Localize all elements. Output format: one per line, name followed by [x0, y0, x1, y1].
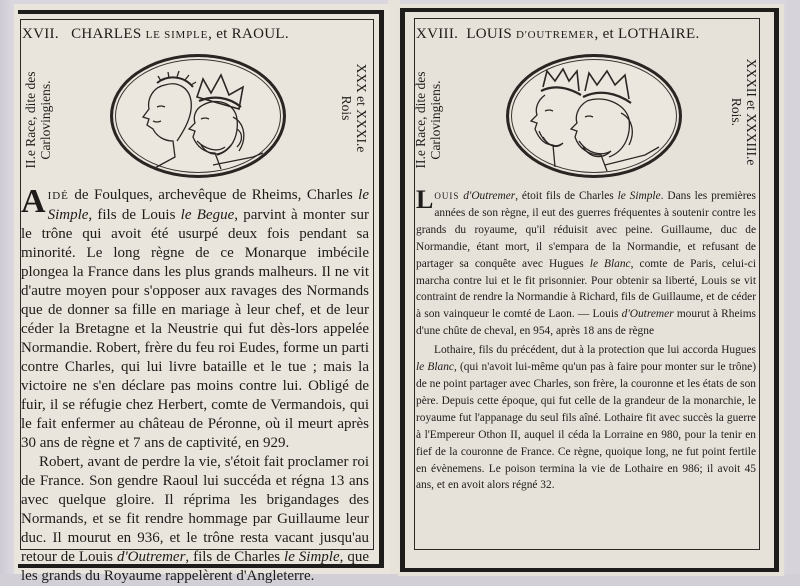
portrait-medallion [110, 54, 286, 178]
side-text-left: II.e Race, dite des Carlovingiens. [413, 55, 445, 185]
backdrop-left [0, 0, 14, 586]
title-rest: , et RAOUL. [208, 26, 289, 42]
paragraph-2: Robert, avant de perdre la vie, s'étoit … [21, 453, 369, 586]
paragraph-1: Louis d'Outremer, étoit fils de Charles … [416, 188, 756, 340]
side-text-left: II.e Race, dite des Carlovingiens. [23, 55, 55, 185]
side-text-right: XXXII et XXXIII.e Rois. [727, 47, 759, 177]
paragraph-2: Lothaire, fils du précédent, dut à la pr… [416, 342, 756, 494]
engraved-portraits-icon [113, 57, 283, 175]
card-title: XVII. CHARLES le simple, et RAOUL. [22, 26, 289, 43]
biography-text: Louis d'Outremer, étoit fils de Charles … [416, 188, 756, 494]
backdrop-right [786, 0, 800, 586]
card-title: XVIII. LOUIS d'outremer, et LOTHAIRE. [416, 26, 700, 43]
side-text-right: XXX et XXXI.e Rois [337, 53, 369, 163]
title-numeral: XVIII. [416, 26, 458, 42]
biography-text: Aidé de Foulques, archevêque de Rheims, … [21, 186, 369, 586]
title-rest: , et LOTHAIRE. [594, 26, 699, 42]
portrait-medallion [506, 54, 682, 178]
drop-cap: L [416, 190, 433, 210]
paragraph-1: Aidé de Foulques, archevêque de Rheims, … [21, 186, 369, 453]
drop-cap: A [21, 190, 46, 214]
title-epithet: d'outremer [516, 29, 594, 41]
title-numeral: XVII. [22, 26, 59, 42]
title-name: CHARLES [71, 26, 141, 42]
card-louis-lothaire: XVIII. LOUIS d'outremer, et LOTHAIRE. II… [398, 4, 784, 576]
title-epithet: le simple [146, 29, 209, 41]
engraved-portraits-icon [509, 57, 679, 175]
card-charles-raoul: XVII. CHARLES le simple, et RAOUL. II.e … [14, 4, 390, 574]
title-name: LOUIS [466, 26, 512, 42]
